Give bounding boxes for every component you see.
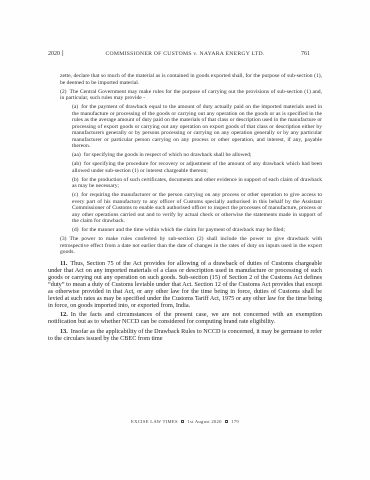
clause-a-label: (a) [72,104,78,110]
clause-c: (c)for requiring the manufacturer or the… [72,192,322,225]
clause-b-text: for the production of such certificates,… [72,177,322,190]
running-head: 2020 ] COMMISSIONER OF CUSTOMS v. NAYARA… [48,51,322,58]
square-separator-icon [225,420,229,424]
paragraph-12: 12.In the facts and circumstances of the… [48,311,322,325]
paragraph-11-number: 11. [60,260,67,267]
clause-ab-label: (ab) [72,161,81,167]
paragraph-12-number: 12. [60,311,68,318]
header-page-number: 761 [280,51,322,58]
clause-aa-label: (aa) [72,152,81,158]
clause-d-text: for the manner and the time within which… [82,227,285,233]
square-separator-icon [181,420,185,424]
clause-d: (d)for the manner and the time within wh… [72,227,322,234]
subsection-3-text: The power to make rules conferred by sub… [60,236,322,255]
clause-ab-text: for specifying the procedure for recover… [72,161,322,174]
clause-c-label: (c) [72,192,78,198]
quote-continuation-text: zette, declare that so much of the mater… [60,73,322,86]
clause-c-text: for requiring the manufacturer or the pe… [72,192,322,224]
header-year: 2020 ] [48,51,90,58]
subsection-3-label: (3) [60,236,67,242]
header-case-title: COMMISSIONER OF CUSTOMS v. NAYARA ENERGY… [90,51,280,58]
clause-a-text: for the payment of drawback equal to the… [72,104,322,149]
clause-a: (a)for the payment of drawback equal to … [72,104,322,150]
quote-subsection-2: (2)The Central Government may make rules… [60,89,322,102]
paragraph-11-text: Thus, Section 75 of the Act provides for… [48,260,322,309]
footer-journal-name: EXCISE LAW TIMES [131,419,178,424]
clause-aa-text: for specifying the goods in respect of w… [84,152,252,158]
paragraph-13: 13.Insofar as the applicability of the D… [48,328,322,342]
clause-ab: (ab)for specifying the procedure for rec… [72,161,322,174]
subsection-2-label: (2) [60,89,67,95]
scanned-journal-page: 2020 ] COMMISSIONER OF CUSTOMS v. NAYARA… [0,0,370,480]
paragraph-11: 11.Thus, Section 75 of the Act provides … [48,260,322,309]
footer-folio-number: 179 [231,419,239,424]
clause-d-label: (d) [72,227,79,233]
subsection-2-text: The Central Government may make rules fo… [60,89,322,102]
statute-quote-block: zette, declare that so much of the mater… [60,73,322,256]
paragraph-13-text: Insofar as the applicability of the Draw… [48,328,322,342]
clause-b: (b)for the production of such certificat… [72,177,322,190]
quote-subsection-3: (3)The power to make rules conferred by … [60,236,322,256]
statute-clauses: (a)for the payment of drawback equal to … [72,104,322,234]
judgment-paragraphs: 11.Thus, Section 75 of the Act provides … [48,260,322,342]
footer-issue-date: 1st August 2020 [187,419,221,424]
paragraph-12-text: In the facts and circumstances of the pr… [48,311,322,325]
paragraph-13-number: 13. [60,328,68,335]
page-footer: EXCISE LAW TIMES1st August 2020179 [0,419,370,425]
clause-b-label: (b) [72,177,79,183]
clause-aa: (aa)for specifying the goods in respect … [72,152,322,159]
page-body: zette, declare that so much of the mater… [48,73,322,344]
